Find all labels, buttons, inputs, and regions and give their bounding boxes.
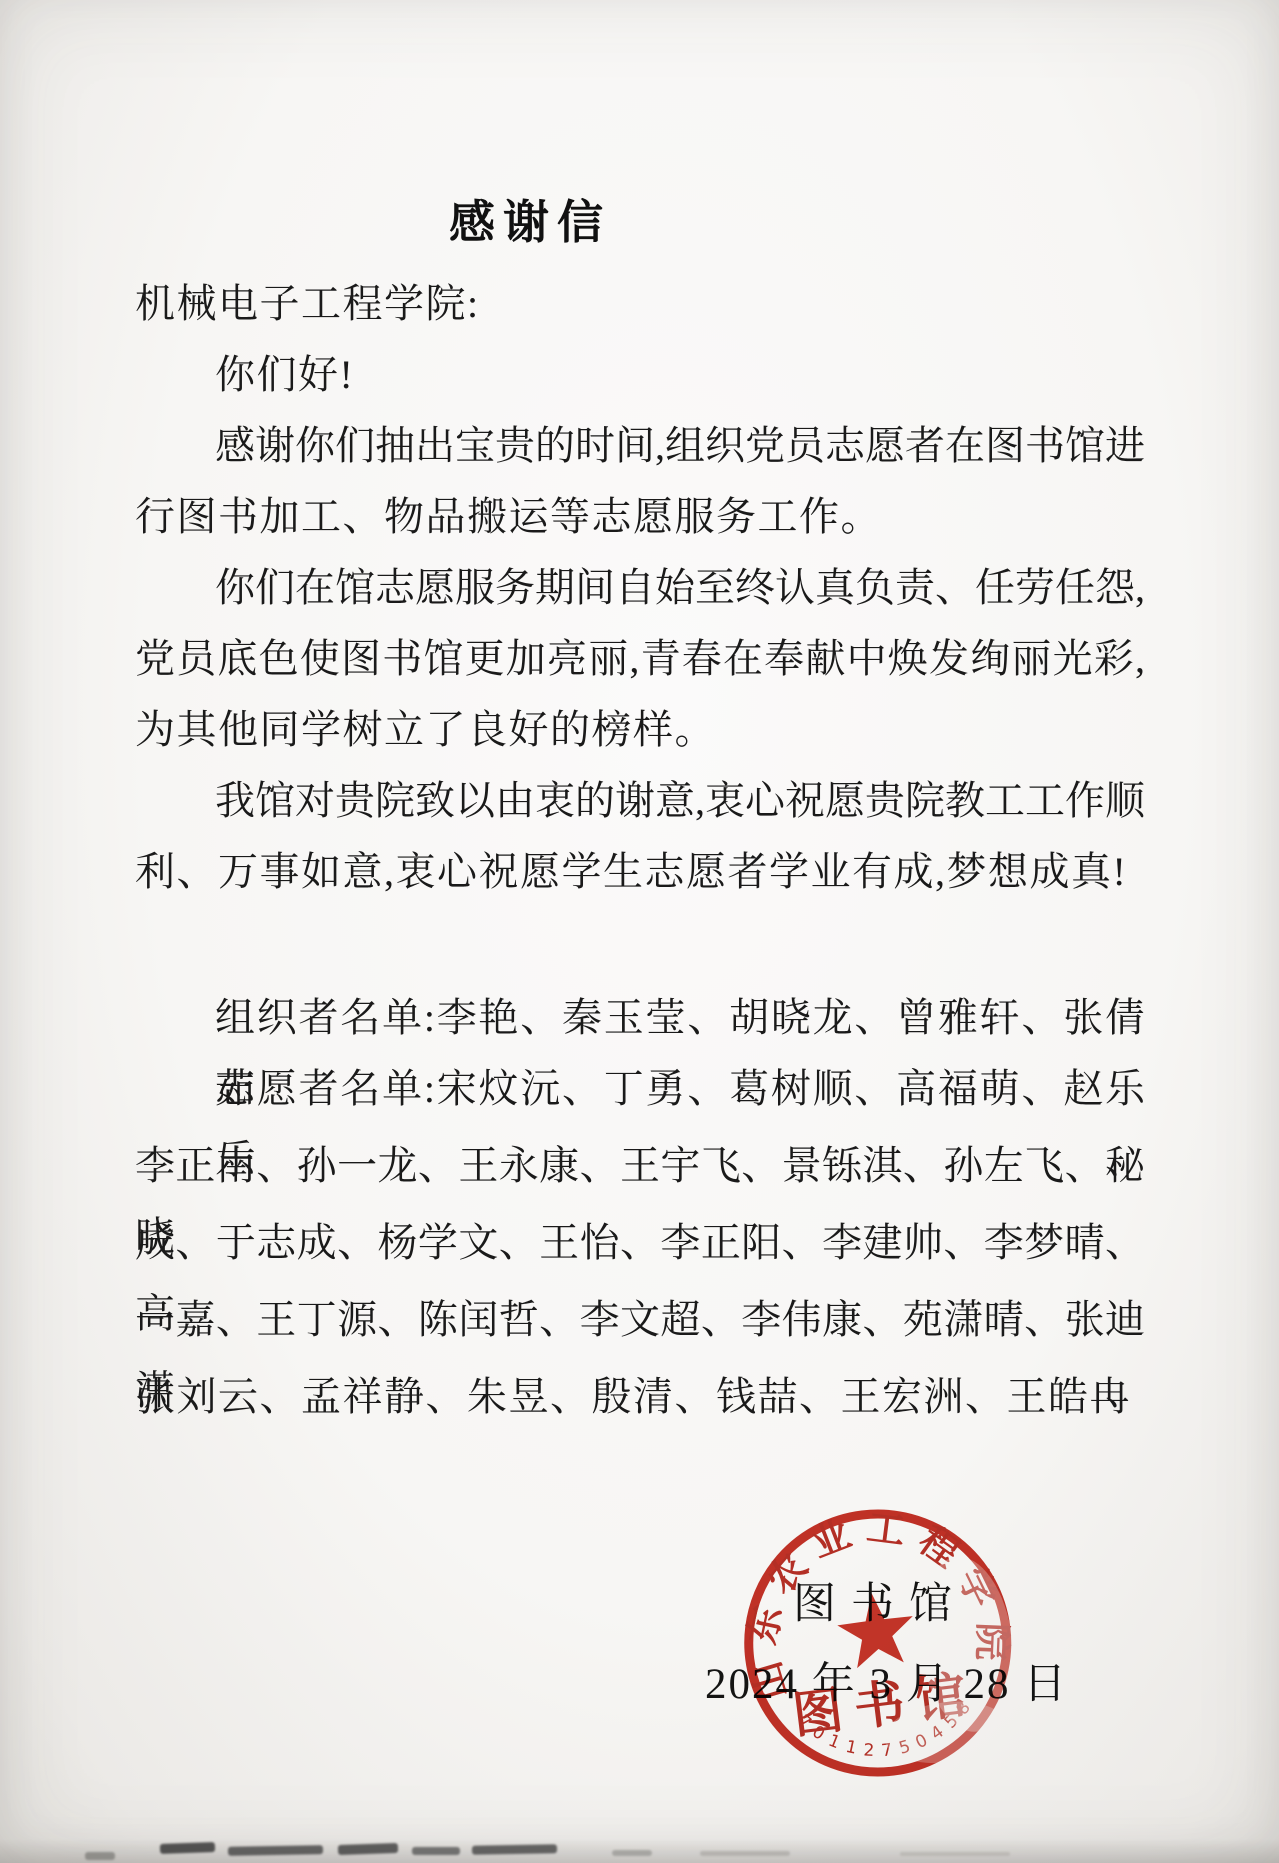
body-line: 党员底色使图书馆更加亮丽,青春在奉献中焕发绚丽光彩, <box>135 623 1145 694</box>
volunteer-list-line: 李正南、孙一龙、王永康、王宇飞、景铄淇、孙左飞、秘晓 <box>135 1130 1145 1201</box>
volunteer-list-line: 张刘云、孟祥静、朱昱、殷清、钱喆、王宏洲、王皓冉 <box>135 1361 1145 1432</box>
body-line: 利、万事如意,衷心祝愿学生志愿者学业有成,梦想成真! <box>135 836 1145 907</box>
organizer-list-line: 组织者名单:李艳、秦玉莹、胡晓龙、曾雅轩、张倩茹 <box>135 982 1145 1053</box>
photo-edge-artifact <box>412 1847 460 1855</box>
letter-title: 感谢信 <box>135 186 925 252</box>
body-line: 我馆对贵院致以由衷的谢意,衷心祝愿贵院教工工作顺 <box>135 765 1145 836</box>
photo-edge-artifact <box>160 1842 215 1854</box>
body-line: 为其他同学树立了良好的榜样。 <box>135 694 1145 765</box>
volunteer-list-line: 成、于志成、杨学文、王怡、李正阳、李建帅、李梦晴、高 <box>135 1207 1145 1278</box>
salutation-line: 机械电子工程学院: <box>135 268 1145 339</box>
letter-body: 机械电子工程学院: 你们好! 感谢你们抽出宝贵的时间,组织党员志愿者在图书馆进 … <box>135 268 1145 1432</box>
library-seal: 山东农业工程学院 图书馆 3701127504581 <box>723 1484 1032 1805</box>
volunteer-list-line: 一嘉、王丁源、陈闰哲、李文超、李伟康、苑潇晴、张迪潇、 <box>135 1284 1145 1355</box>
photo-edge-artifact <box>228 1845 323 1856</box>
photo-edge-artifact <box>85 1852 115 1860</box>
signature-name: 图书馆 <box>793 1570 967 1631</box>
photo-edge-artifact <box>338 1843 398 1855</box>
photo-edge-artifact <box>900 1852 1010 1856</box>
body-line: 行图书加工、物品搬运等志愿服务工作。 <box>135 481 1145 552</box>
photo-edge-artifact <box>700 1851 790 1856</box>
greeting-line: 你们好! <box>135 339 1145 410</box>
signature-date: 2024 年 3 月 28 日 <box>705 1650 1068 1711</box>
letter-page: 感谢信 机械电子工程学院: 你们好! 感谢你们抽出宝贵的时间,组织党员志愿者在图… <box>0 0 1279 1863</box>
volunteer-list-line: 志愿者名单:宋炆沅、丁勇、葛树顺、高福萌、赵乐乐、 <box>135 1053 1145 1124</box>
photo-edge-artifact <box>612 1850 652 1856</box>
photo-edge-artifact <box>472 1844 557 1854</box>
body-line: 感谢你们抽出宝贵的时间,组织党员志愿者在图书馆进 <box>135 410 1145 481</box>
body-line: 你们在馆志愿服务期间自始至终认真负责、任劳任怨, <box>135 552 1145 623</box>
